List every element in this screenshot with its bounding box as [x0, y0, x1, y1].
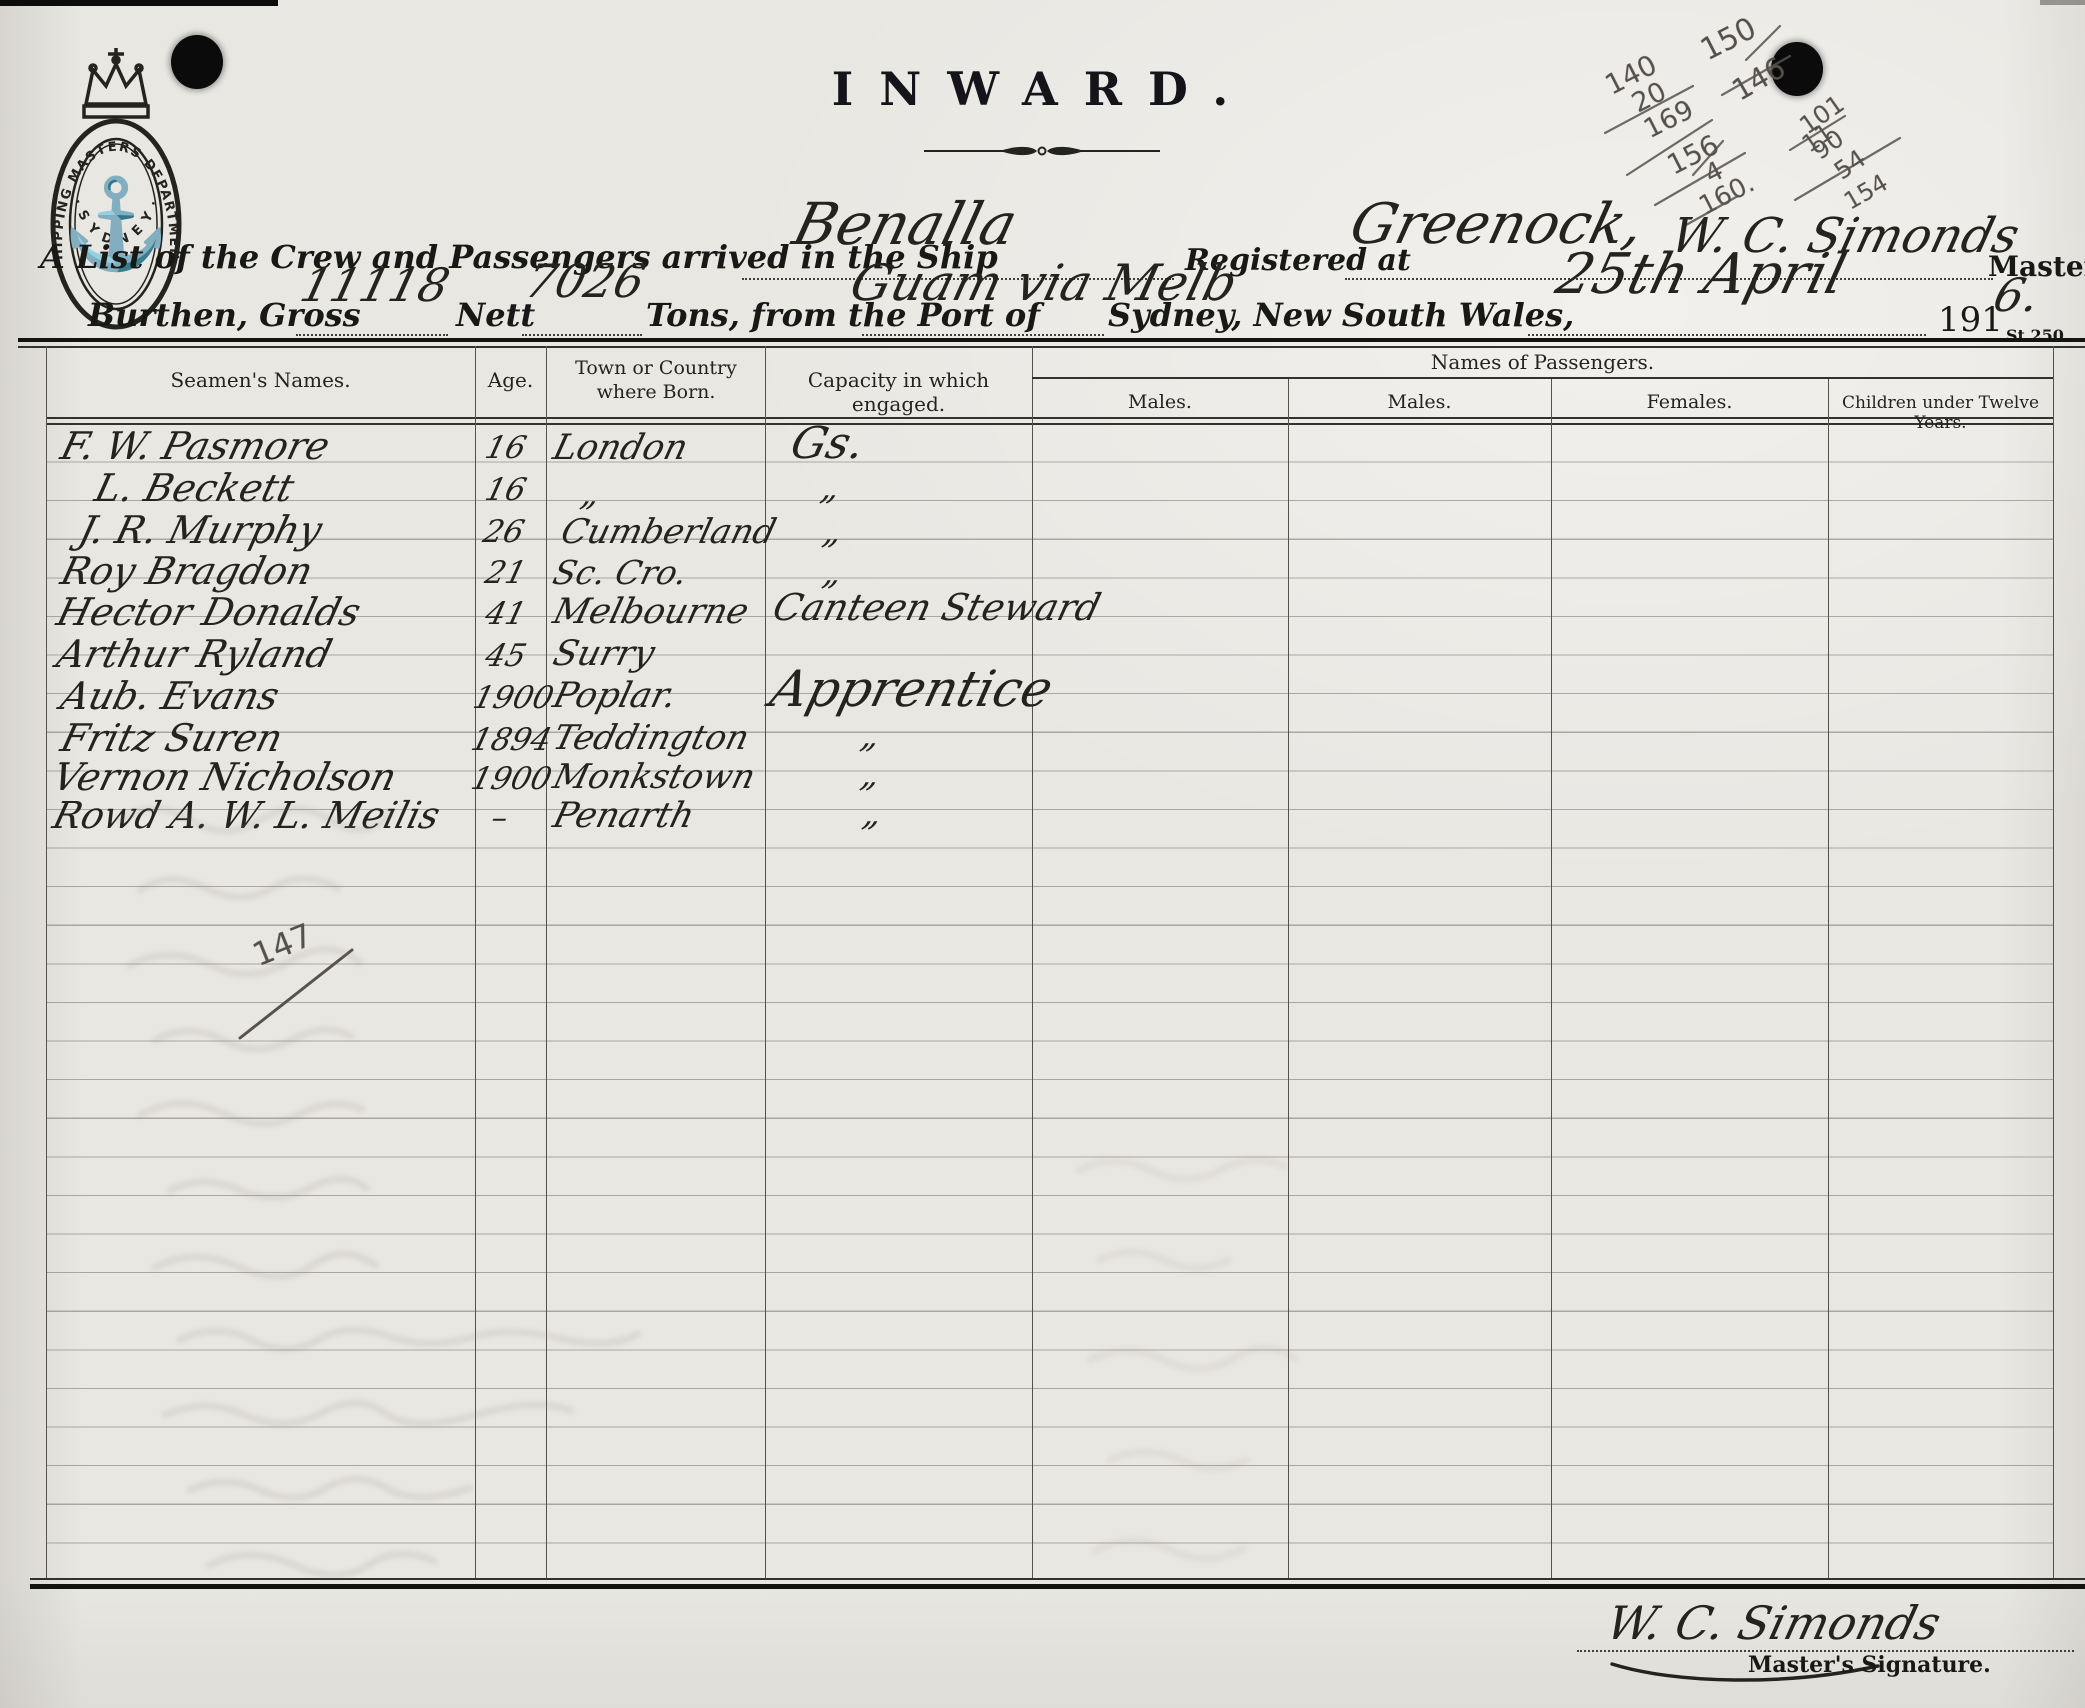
shipping-masters-seal-icon: SHIPPING MASTERS DEPARTMENT · S Y D N E …: [28, 26, 206, 338]
col-line: [2053, 346, 2054, 1578]
crew-6-name: Arthur Ryland: [53, 632, 337, 676]
scan-edge-top-left: [0, 0, 278, 6]
crew-7-town: Poplar.: [549, 676, 681, 716]
master-signature-label: Master's Signature.: [1748, 1652, 1991, 1678]
crew-1-capacity: Gs.: [786, 418, 870, 469]
crew-8-town: Teddington: [549, 718, 753, 758]
col-line: [1828, 377, 1829, 1578]
page-title: INWARD.: [783, 62, 1303, 116]
title-divider: [922, 140, 1162, 162]
col-header-town: Town or Country where Born.: [556, 356, 756, 404]
crew-4-name: Roy Bragdon: [57, 549, 318, 593]
crew-2-name: L. Beckett: [91, 466, 299, 510]
nett-tons-handwritten: 7026: [520, 254, 651, 308]
col-header-males-1: Males.: [1032, 391, 1288, 413]
header-bottom-rule: [46, 417, 2053, 419]
bleed-through-smudges-right: [1040, 1120, 1560, 1600]
table-top-rule: [18, 338, 2085, 342]
destination-label: Sydney, New South Wales,: [1108, 296, 1574, 334]
col-header-females: Females.: [1551, 391, 1828, 413]
signature-underline: [1577, 1622, 2074, 1652]
bleed-through-smudges: [60, 780, 1040, 1610]
scan-edge-top-right: [2040, 0, 2085, 5]
nett-underline: [522, 306, 642, 336]
col-header-age: Age.: [475, 368, 546, 392]
crew-1-name: F. W. Pasmore: [57, 424, 335, 468]
crew-3-name: J. R. Murphy: [75, 508, 327, 552]
col-header-males-2: Males.: [1288, 391, 1551, 413]
date-handwritten: 25th April: [1550, 242, 1853, 307]
crew-5-town: Melbourne: [549, 592, 753, 632]
crew-5-name: Hector Donalds: [53, 590, 366, 634]
col-header-seamen-names: Seamen's Names.: [46, 368, 475, 392]
crew-7-age: 1900: [470, 680, 558, 716]
crew-7-capacity: Apprentice: [765, 660, 1059, 718]
document-page: SHIPPING MASTERS DEPARTMENT · S Y D N E …: [0, 0, 2085, 1708]
form-number: St 250: [2006, 326, 2064, 345]
ship-name-handwritten: Benalla: [787, 190, 1025, 258]
crew-7-name: Aub. Evans: [57, 674, 284, 718]
col-line: [46, 346, 47, 1578]
crew-5-capacity: Canteen Steward: [769, 586, 1105, 629]
crew-3-town: Cumberland: [557, 512, 780, 552]
col-header-children: Children under Twelve Years.: [1828, 393, 2053, 433]
passengers-group-header: Names of Passengers.: [1032, 350, 2053, 374]
date-underline: [1528, 306, 1926, 336]
crew-1-town: London: [549, 428, 692, 468]
gross-tons-handwritten: 11118: [295, 258, 455, 312]
crew-6-town: Surry: [549, 634, 659, 674]
passengers-group-divider: [1032, 377, 2053, 379]
crew-8-age: 1894: [468, 722, 556, 758]
col-header-capacity: Capacity in which engaged.: [765, 368, 1032, 416]
crew-4-town: Sc. Cro.: [549, 553, 692, 592]
crew-8-name: Fritz Suren: [57, 716, 288, 760]
table-top-rule-thin: [18, 346, 2085, 348]
